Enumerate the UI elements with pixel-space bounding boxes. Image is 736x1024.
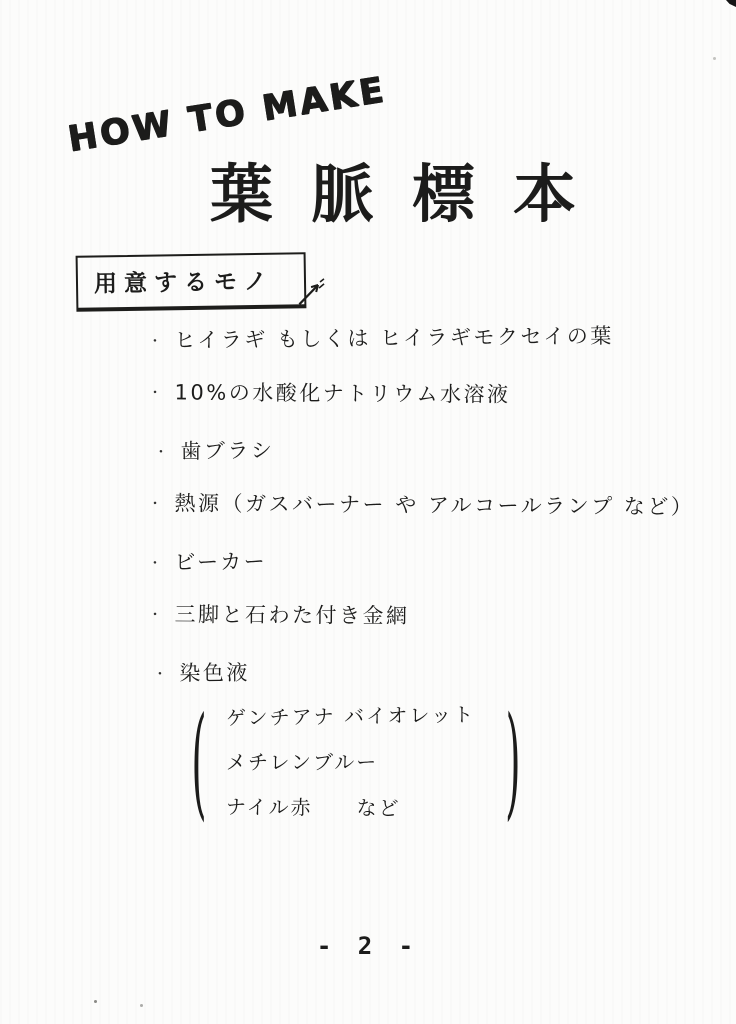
bullet-dot-icon: ・	[148, 604, 165, 624]
material-item-tripod-gauze: ・ 三脚と石わた付き金網	[148, 598, 668, 657]
close-paren: )	[505, 699, 521, 822]
materials-list: ・ ヒイラギ もしくは ヒイラギモクセイの葉 ・ 10%の水酸化ナトリウム水溶液…	[148, 322, 668, 711]
scan-corner-artifact	[726, 0, 736, 7]
page-number: - 2 -	[0, 932, 736, 960]
scan-speck	[140, 1004, 143, 1007]
material-item-text: 三脚と石わた付き金網	[174, 598, 409, 630]
materials-section-heading-box: 用意するモノ	[76, 252, 307, 312]
bullet-dot-icon: ・	[148, 382, 165, 402]
open-paren: (	[191, 700, 206, 822]
material-item-toothbrush: ・ 歯ブラシ	[148, 430, 669, 491]
material-item-text: 10%の水酸化ナトリウム水溶液	[174, 376, 510, 408]
bullet-dot-icon: ・	[148, 331, 165, 351]
material-item-text: ヒイラギ もしくは ヒイラギモクセイの葉	[174, 320, 614, 355]
dye-options-group: ( ゲンチアナ バイオレット メチレンブルー ナイル赤 など )	[190, 700, 522, 821]
material-item-text: 熱源（ガスバーナー や アルコールランプ など）	[174, 487, 694, 521]
bullet-dot-icon: ・	[153, 663, 170, 683]
materials-section-heading-label: 用意するモノ	[94, 269, 274, 298]
dye-options-list: ゲンチアナ バイオレット メチレンブルー ナイル赤 など	[226, 700, 504, 821]
bullet-dot-icon: ・	[148, 493, 165, 513]
dye-option-gentian-violet: ゲンチアナ バイオレット	[226, 698, 504, 731]
material-item-naoh-solution: ・ 10%の水酸化ナトリウム水溶液	[148, 376, 668, 435]
dye-option-nile-red: ナイル赤 など	[226, 791, 504, 822]
scanned-document-page: HOW TO MAKE 葉脈標本 用意するモノ ・ ヒイラギ もしくは ヒイラギ…	[0, 0, 736, 1024]
material-item-text: 歯ブラシ	[180, 434, 274, 465]
material-item-text: 染色液	[179, 657, 250, 688]
material-item-text: ビーカー	[174, 545, 267, 576]
scan-speck	[94, 1000, 97, 1003]
arrow-doodle-icon	[296, 278, 327, 312]
material-item-beaker: ・ ビーカー	[148, 541, 669, 602]
dye-option-methylene-blue: メチレンブルー	[226, 746, 504, 775]
material-item-heat-source: ・ 熱源（ガスバーナー や アルコールランプ など）	[148, 487, 668, 546]
page-title-japanese: 葉脈標本	[210, 144, 614, 235]
scan-speck	[713, 57, 716, 60]
bullet-dot-icon: ・	[154, 441, 171, 461]
material-item-leaf: ・ ヒイラギ もしくは ヒイラギモクセイの葉	[148, 319, 669, 380]
bullet-dot-icon: ・	[148, 553, 165, 573]
